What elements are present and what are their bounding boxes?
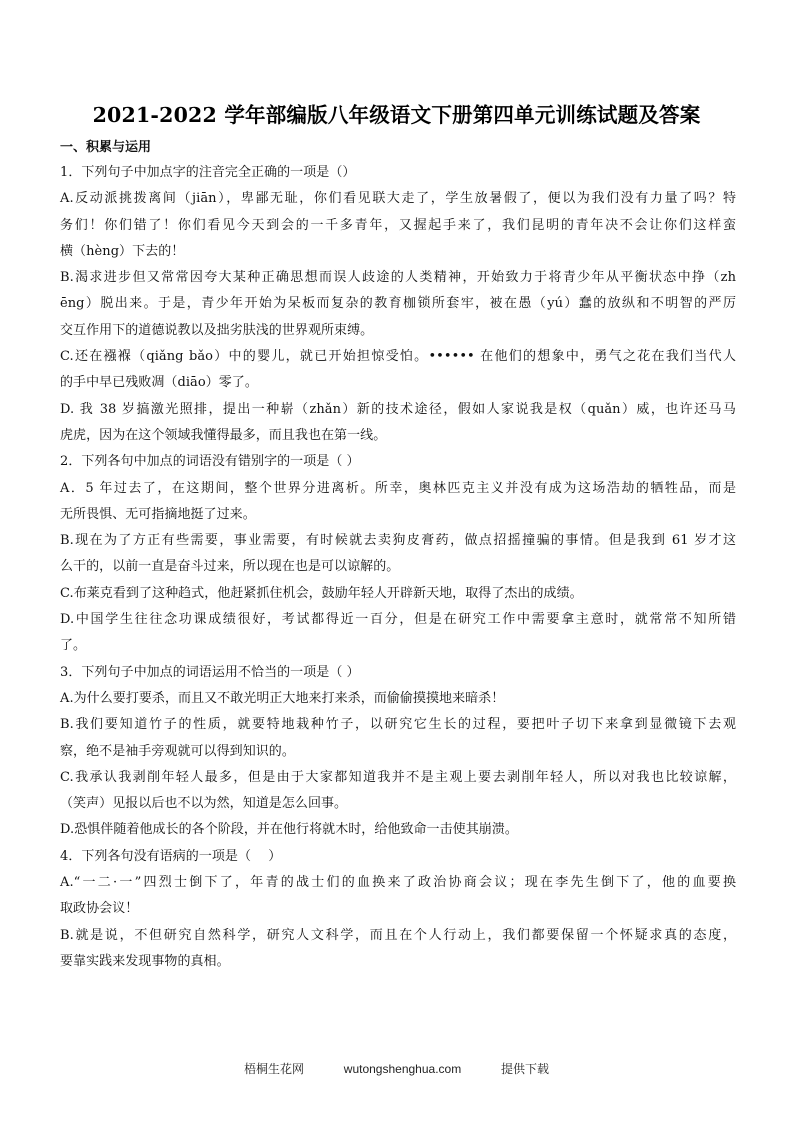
text-line: 要靠实践来发现事物的真相。 [60, 949, 736, 975]
text-line: （笑声）见报以后也不以为然，知道是怎么回事。 [60, 791, 736, 817]
text-line: D.恐惧伴随着他成长的各个阶段，并在他行将就木时，给他致命一击使其崩溃。 [60, 817, 736, 843]
text-line: 取政协会议！ [60, 896, 736, 922]
document-page: 2021-2022 学年部编版八年级语文下册第四单元训练试题及答案 一、积累与运… [0, 0, 793, 1122]
text-line: 的手中早已残败凋（diāo）零了。 [60, 370, 736, 396]
text-line: 了。 [60, 633, 736, 659]
text-line: A．5 年过去了，在这期间，整个世界分进离析。所幸，奥林匹克主义并没有成为这场浩… [60, 476, 736, 502]
text-line: 2．下列各句中加点的词语没有错别字的一项是（ ） [60, 449, 736, 475]
text-line: 务们！你们错了！你们看见今天到会的一千多青年，又握起手来了，我们昆明的青年决不会… [60, 213, 736, 239]
text-line: 横（hèng）下去的！ [60, 239, 736, 265]
text-line: A.“一二·一”四烈士倒下了，年青的战士们的血换来了政治协商会议；现在李先生倒下… [60, 870, 736, 896]
text-line: D.中国学生往往念功课成绩很好，考试都得近一百分，但是在研究工作中需要拿主意时，… [60, 607, 736, 633]
text-line: 4．下列各句没有语病的一项是（ ） [60, 844, 736, 870]
text-line: 交互作用下的道德说教以及拙劣肤浅的世界观所束缚。 [60, 318, 736, 344]
text-line: B.就是说，不但研究自然科学，研究人文科学，而且在个人行动上，我们都要保留一个怀… [60, 923, 736, 949]
text-line: ēng）脱出来。于是，青少年开始为呆板而复杂的教育枷锁所套牢，被在愚（yú）蠢的… [60, 291, 736, 317]
text-line: 虎虎，因为在这个领域我懂得最多，而且我也在第一线。 [60, 423, 736, 449]
section-heading: 一、积累与运用 [60, 136, 151, 155]
text-line: C.布莱克看到了这种趋式，他赶紧抓住机会，鼓励年轻人开辟新天地，取得了杰出的成绩… [60, 581, 736, 607]
footer-note: 提供下载 [501, 1062, 549, 1076]
text-line: 3．下列句子中加点的词语运用不恰当的一项是（ ） [60, 660, 736, 686]
text-line: B.现在为了方正有些需要，事业需要，有时候就去卖狗皮膏药，做点招摇撞骗的事情。但… [60, 528, 736, 554]
text-line: 么干的，以前一直是奋斗过来，所以现在也是可以谅解的。 [60, 554, 736, 580]
text-line: C.我承认我剥削年轻人最多，但是由于大家都知道我并不是主观上要去剥削年轻人，所以… [60, 765, 736, 791]
text-line: A.为什么要打要杀，而且又不敢光明正大地来打来杀，而偷偷摸摸地来暗杀！ [60, 686, 736, 712]
text-line: 1．下列句子中加点字的注音完全正确的一项是（） [60, 160, 736, 186]
text-line: D. 我 38 岁搞激光照排，提出一种崭（zhǎn）新的技术途径，假如人家说我是… [60, 397, 736, 423]
text-line: A.反动派挑拨离间（jiān），卑鄙无耻，你们看见联大走了，学生放暑假了，便以为… [60, 186, 736, 212]
text-line: B.渴求进步但又常常因夸大某种正确思想而误人歧途的人类精神，开始致力于将青少年从… [60, 265, 736, 291]
footer-site-name: 梧桐生花网 [244, 1062, 304, 1076]
text-line: C.还在襁褓（qiǎng bǎo）中的婴儿，就已开始担惊受怕。•••••• 在他… [60, 344, 736, 370]
text-line: 察，绝不是袖手旁观就可以得到知识的。 [60, 739, 736, 765]
footer-site-url[interactable]: wutongshenghua.com [344, 1062, 461, 1076]
text-line: 无所畏惧、无可指摘地挺了过来。 [60, 502, 736, 528]
page-footer: 梧桐生花网 wutongshenghua.com 提供下载 [0, 1060, 793, 1077]
document-title: 2021-2022 学年部编版八年级语文下册第四单元训练试题及答案 [0, 98, 793, 128]
question-body: 1．下列句子中加点字的注音完全正确的一项是（）A.反动派挑拨离间（jiān），卑… [60, 160, 736, 975]
text-line: B.我们要知道竹子的性质，就要特地栽种竹子，以研究它生长的过程，要把叶子切下来拿… [60, 712, 736, 738]
